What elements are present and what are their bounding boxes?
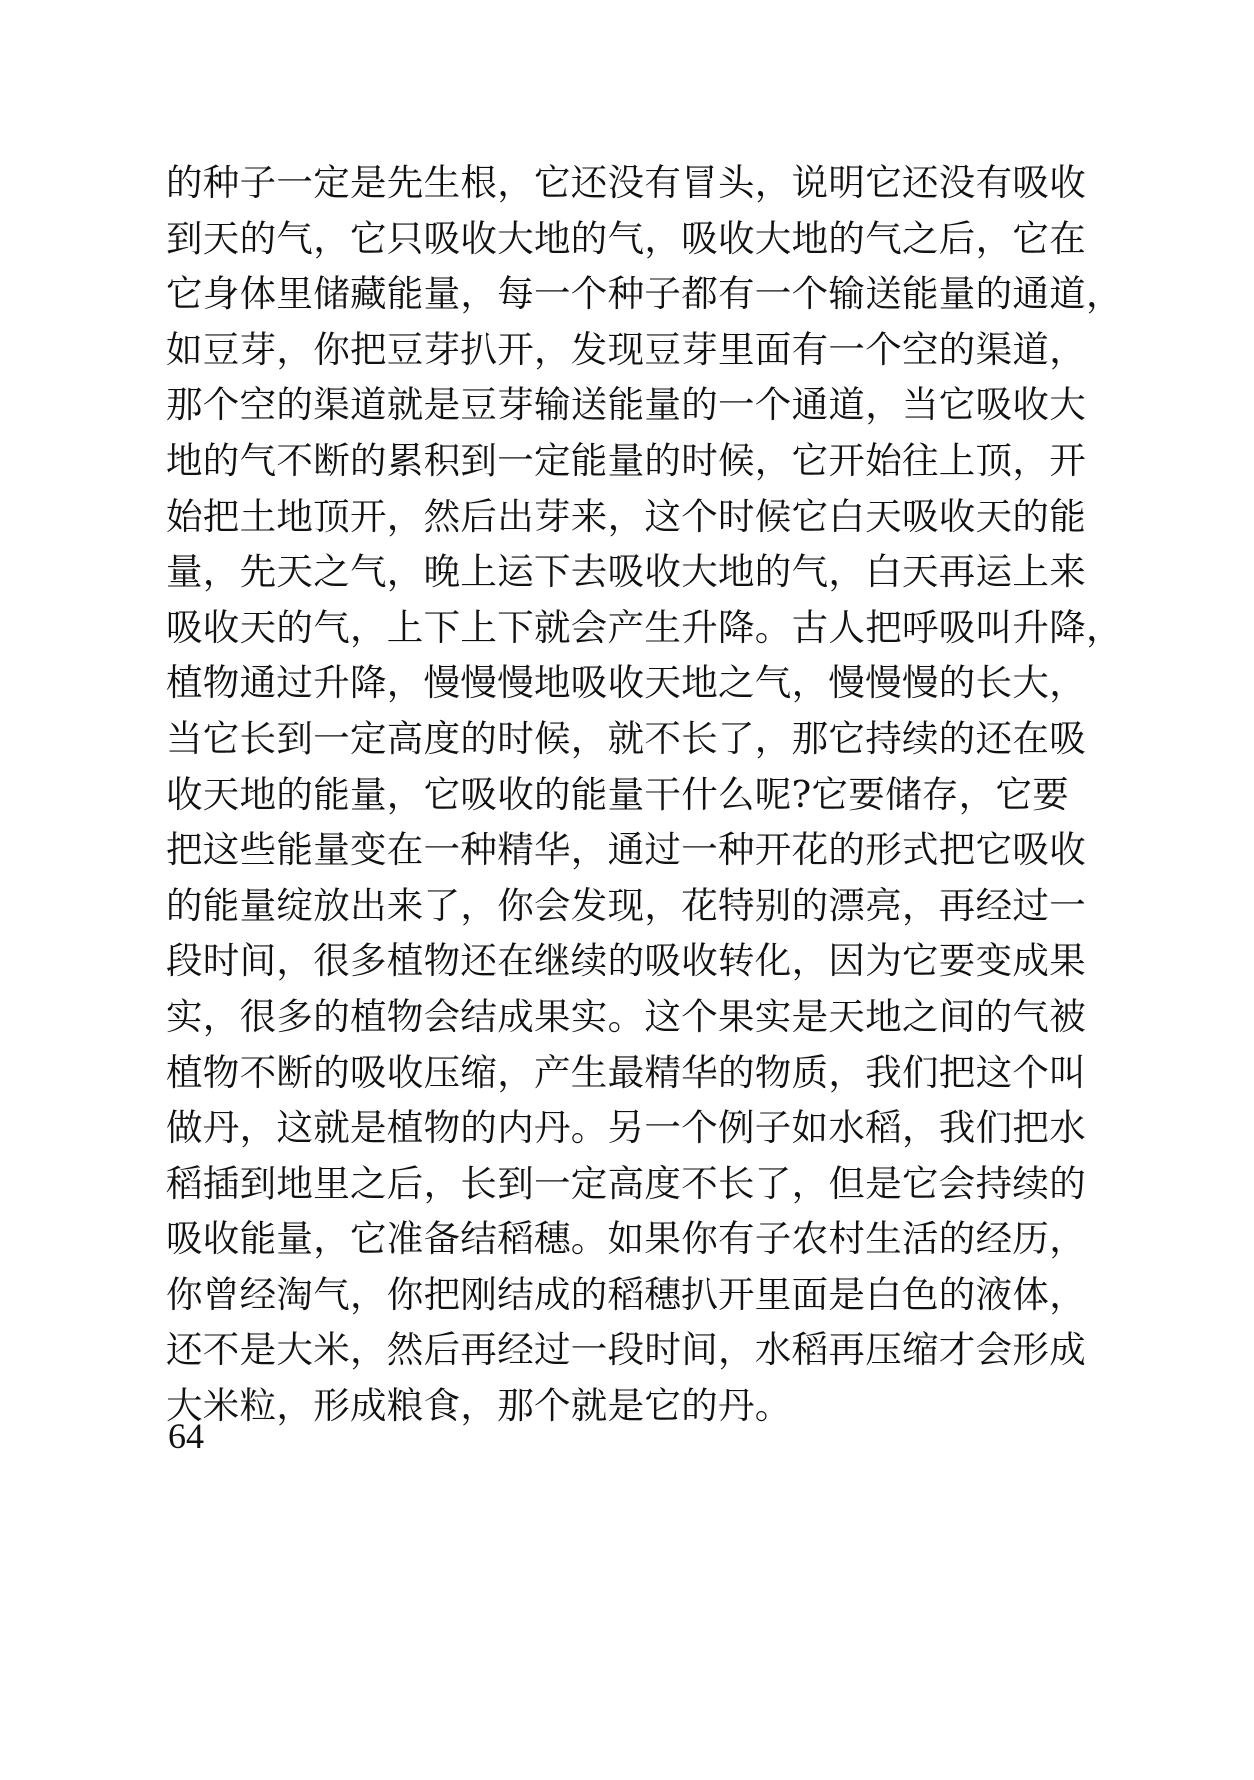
text-line: 地的气不断的累积到一定能量的时候，它开始往上顶，开 [166,433,1026,489]
text-line: 稻插到地里之后，长到一定高度不长了，但是它会持续的 [166,1156,1026,1212]
text-line: 当它长到一定高度的时候，就不长了，那它持续的还在吸 [166,711,1026,767]
body-text: 的种子一定是先生根，它还没有冒头，说明它还没有吸收 到天的气，它只吸收大地的气，… [166,155,1026,1434]
text-line: 如豆芽，你把豆芽扒开，发现豆芽里面有一个空的渠道， [166,322,1026,378]
text-line: 的种子一定是先生根，它还没有冒头，说明它还没有吸收 [166,155,1026,211]
text-line: 植物不断的吸收压缩，产生最精华的物质，我们把这个叫 [166,1045,1026,1101]
text-line: 实，很多的植物会结成果实。这个果实是天地之间的气被 [166,989,1026,1045]
text-line: 吸收天的气，上下上下就会产生升降。古人把呼吸叫升降， [166,600,1026,656]
text-line: 收天地的能量，它吸收的能量干什么呢?它要储存，它要 [166,767,1026,823]
text-line: 始把土地顶开，然后出芽来，这个时候它白天吸收天的能 [166,489,1026,545]
text-line: 到天的气，它只吸收大地的气，吸收大地的气之后，它在 [166,211,1026,267]
document-page: 的种子一定是先生根，它还没有冒头，说明它还没有吸收 到天的气，它只吸收大地的气，… [0,0,1254,1780]
text-line: 大米粒，形成粮食，那个就是它的丹。 [166,1378,1026,1434]
text-line: 它身体里储藏能量，每一个种子都有一个输送能量的通道， [166,266,1026,322]
text-line: 还不是大米，然后再经过一段时间，水稻再压缩才会形成 [166,1322,1026,1378]
text-line: 那个空的渠道就是豆芽输送能量的一个通道，当它吸收大 [166,377,1026,433]
text-line: 把这些能量变在一种精华，通过一种开花的形式把它吸收 [166,822,1026,878]
text-line: 你曾经淘气，你把刚结成的稻穗扒开里面是白色的液体， [166,1267,1026,1323]
text-line: 植物通过升降，慢慢慢地吸收天地之气，慢慢慢的长大， [166,655,1026,711]
text-line: 段时间，很多植物还在继续的吸收转化，因为它要变成果 [166,933,1026,989]
text-line: 吸收能量，它准备结稻穗。如果你有子农村生活的经历， [166,1211,1026,1267]
text-line: 的能量绽放出来了，你会发现，花特别的漂亮，再经过一 [166,878,1026,934]
text-line: 量，先天之气，晚上运下去吸收大地的气，白天再运上来 [166,544,1026,600]
text-line: 做丹，这就是植物的内丹。另一个例子如水稻，我们把水 [166,1100,1026,1156]
page-number: 64 [168,1415,204,1457]
